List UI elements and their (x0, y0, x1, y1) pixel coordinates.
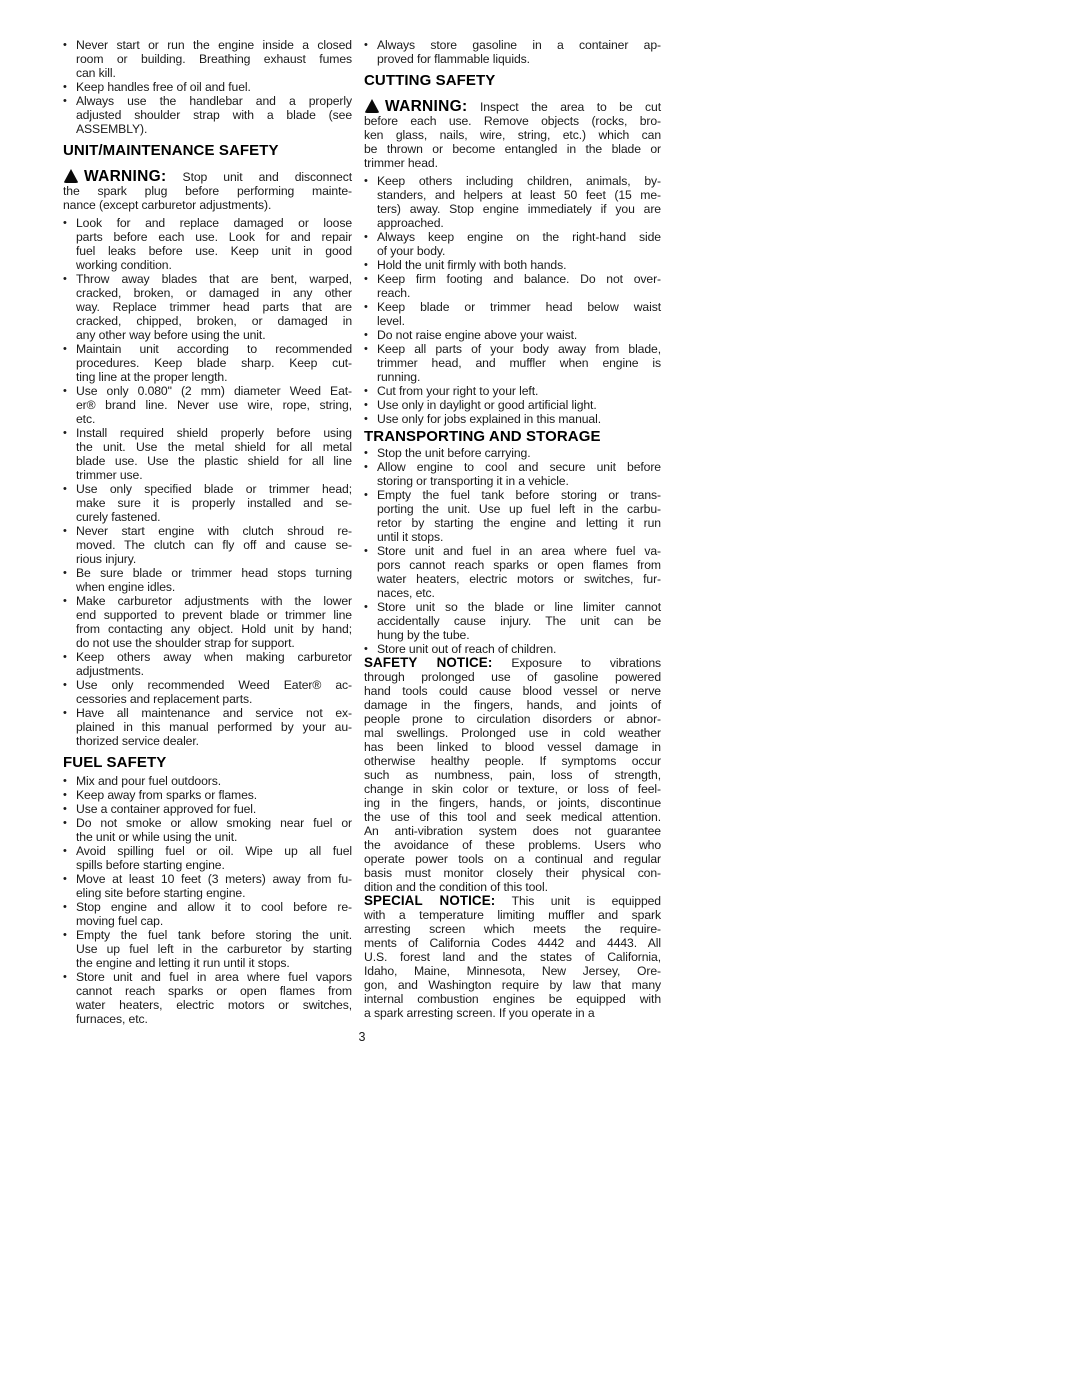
bullet-text: Empty the fuel tank before storing the u… (76, 928, 352, 970)
bullet-marker-icon: • (63, 650, 76, 678)
bullet-marker-icon: • (364, 342, 377, 384)
text-line: change in skin color or texture, or loss… (364, 782, 661, 796)
text-line: Stop the unit before carrying. (377, 446, 661, 460)
bullet-text: Keep all parts of your body away from bl… (377, 342, 661, 384)
text-line: be thrown or become entangled in the bla… (364, 142, 661, 156)
bullet-item: •Never start engine with clutch shroud r… (63, 524, 352, 566)
text-line: level. (377, 314, 661, 328)
section-heading: CUTTING SAFETY (364, 72, 661, 89)
text-line: Keep handles free of oil and fuel. (76, 80, 352, 94)
text-line: curely fastened. (76, 510, 352, 524)
section-heading: UNIT/MAINTENANCE SAFETY (63, 142, 352, 159)
bullet-item: •Empty the fuel tank before storing or t… (364, 488, 661, 544)
bullet-marker-icon: • (63, 524, 76, 566)
text-line: Cut from your right to your left. (377, 384, 661, 398)
text-line: retor by starting the engine and letting… (377, 516, 661, 530)
text-line: Use only 0.080" (2 mm) diameter Weed Eat… (76, 384, 352, 398)
text-line: hand tools could cause blood vessel or n… (364, 684, 661, 698)
text-line: Use up fuel left in the carburetor by st… (76, 942, 352, 956)
text-line: Never start or run the engine inside a c… (76, 38, 352, 52)
bullet-marker-icon: • (63, 384, 76, 426)
bold-run: WARNING: (84, 168, 166, 185)
text-line: Look for and replace damaged or loose (76, 216, 352, 230)
right-column: •Always store gasoline in a container ap… (364, 38, 661, 1026)
bullet-item: •Make carburetor adjustments with the lo… (63, 594, 352, 650)
bullet-marker-icon: • (63, 928, 76, 970)
text-line: eling site before starting engine. (76, 886, 352, 900)
text-line: the spark plug before performing mainte- (63, 184, 352, 198)
text-line: Do not smoke or allow smoking near fuel … (76, 816, 352, 830)
text-line: Keep away from sparks or flames. (76, 788, 352, 802)
warning-icon (364, 99, 380, 113)
text-line: trimmer use. (76, 468, 352, 482)
bullet-marker-icon: • (364, 446, 377, 460)
bullet-text: Hold the unit firmly with both hands. (377, 258, 661, 272)
text-line: end supported to prevent blade or trimme… (76, 608, 352, 622)
text-line: er® brand line. Never use wire, rope, st… (76, 398, 352, 412)
bullet-item: •Do not raise engine above your waist. (364, 328, 661, 342)
bullet-text: Be sure blade or trimmer head stops turn… (76, 566, 352, 594)
bullet-item: •Use only recommended Weed Eater® ac-ces… (63, 678, 352, 706)
bullet-text: Use only 0.080" (2 mm) diameter Weed Eat… (76, 384, 352, 426)
bullet-text: Keep others away when making carburetora… (76, 650, 352, 678)
text-line: adjustments. (76, 664, 352, 678)
bullet-marker-icon: • (63, 802, 76, 816)
left-column: •Never start or run the engine inside a … (63, 38, 352, 1026)
bullet-marker-icon: • (63, 38, 76, 80)
bullet-text: Stop the unit before carrying. (377, 446, 661, 460)
text-line: pors cannot reach sparks or open flames … (377, 558, 661, 572)
bullet-marker-icon: • (364, 460, 377, 488)
bullet-item: •Use a container approved for fuel. (63, 802, 352, 816)
bullet-marker-icon: • (63, 970, 76, 1026)
bullet-item: •Store unit so the blade or line limiter… (364, 600, 661, 642)
text-line: fuel leaks before use. Keep unit in good (76, 244, 352, 258)
text-line: cracked, broken, or damaged in any other (76, 286, 352, 300)
bullet-item: •Keep all parts of your body away from b… (364, 342, 661, 384)
text-line: Empty the fuel tank before storing or tr… (377, 488, 661, 502)
bullet-text: Keep handles free of oil and fuel. (76, 80, 352, 94)
bullet-marker-icon: • (364, 300, 377, 328)
bullet-marker-icon: • (364, 600, 377, 642)
text-line: rious injury. (76, 552, 352, 566)
bullet-item: •Do not smoke or allow smoking near fuel… (63, 816, 352, 844)
text-line: ASSEMBLY). (76, 122, 352, 136)
text-line: WARNING: Stop unit and disconnect (63, 167, 352, 184)
text-line: Maintain unit according to recommended (76, 342, 352, 356)
text-line: Use only specified blade or trimmer head… (76, 482, 352, 496)
text-line: trimmer head. (364, 156, 661, 170)
bullet-marker-icon: • (364, 398, 377, 412)
page-number: 3 (63, 1030, 661, 1044)
bullet-item: •Use only in daylight or good artificial… (364, 398, 661, 412)
bullet-marker-icon: • (63, 342, 76, 384)
text-line: Use only in daylight or good artificial … (377, 398, 661, 412)
text-line: trimmer head, and muffler when engine is (377, 356, 661, 370)
text-line: such as numbness, pain, loss of strength… (364, 768, 661, 782)
text-line: procedures. Keep blade sharp. Keep cut- (76, 356, 352, 370)
bullet-text: Throw away blades that are bent, warped,… (76, 272, 352, 342)
text-line: Store unit and fuel in an area where fue… (377, 544, 661, 558)
text-line: blade use. Use the plastic shield for al… (76, 454, 352, 468)
bullet-marker-icon: • (63, 80, 76, 94)
bullet-item: •Cut from your right to your left. (364, 384, 661, 398)
text-line: reach. (377, 286, 661, 300)
bullet-marker-icon: • (63, 482, 76, 524)
text-line: Keep firm footing and balance. Do not ov… (377, 272, 661, 286)
bullet-marker-icon: • (63, 774, 76, 788)
bullet-text: Maintain unit according to recommendedpr… (76, 342, 352, 384)
text-line: with a temperature limiting muffler and … (364, 908, 661, 922)
text-line: Avoid spilling fuel or oil. Wipe up all … (76, 844, 352, 858)
bullet-text: Mix and pour fuel outdoors. (76, 774, 352, 788)
text-line: porting the unit. Use up fuel left in th… (377, 502, 661, 516)
text-line: Allow engine to cool and secure unit bef… (377, 460, 661, 474)
bullet-item: •Store unit out of reach of children. (364, 642, 661, 656)
bullet-item: •Keep blade or trimmer head below waistl… (364, 300, 661, 328)
text-line: damage in the fingers, hands, and joints… (364, 698, 661, 712)
bullet-item: •Empty the fuel tank before storing the … (63, 928, 352, 970)
bullet-text: Do not raise engine above your waist. (377, 328, 661, 342)
text-line: Store unit so the blade or line limiter … (377, 600, 661, 614)
text-line: a spark arresting screen. If you operate… (364, 1006, 661, 1020)
text-line: ting line at the proper length. (76, 370, 352, 384)
bullet-text: Keep away from sparks or flames. (76, 788, 352, 802)
text-line: nance (except carburetor adjustments). (63, 198, 352, 212)
text-line: through prolonged use of gasoline powere… (364, 670, 661, 684)
text-line: Always keep engine on the right-hand sid… (377, 230, 661, 244)
text-line: Keep others including children, animals,… (377, 174, 661, 188)
text-line: Throw away blades that are bent, warped, (76, 272, 352, 286)
two-column-layout: •Never start or run the engine inside a … (63, 38, 661, 1026)
bullet-item: •Keep handles free of oil and fuel. (63, 80, 352, 94)
warning-paragraph: WARNING: Stop unit and disconnectthe spa… (63, 167, 352, 212)
bullet-item: •Throw away blades that are bent, warped… (63, 272, 352, 342)
bullet-text: Stop engine and allow it to cool before … (76, 900, 352, 928)
text-line: the unit. Use the metal shield for all m… (76, 440, 352, 454)
text-line: Store unit and fuel in area where fuel v… (76, 970, 352, 984)
bullet-text: Empty the fuel tank before storing or tr… (377, 488, 661, 544)
notice-paragraph: SAFETY NOTICE: Exposure to vibrationsthr… (364, 656, 661, 894)
bullet-marker-icon: • (364, 258, 377, 272)
text-line: proved for flammable liquids. (377, 52, 661, 66)
text-line: water heaters, electric motors or switch… (76, 998, 352, 1012)
bold-run: WARNING: (385, 98, 467, 115)
text-line: Never start engine with clutch shroud re… (76, 524, 352, 538)
text-line: the engine and letting it run until it s… (76, 956, 352, 970)
text-line: can kill. (76, 66, 352, 80)
bullet-marker-icon: • (63, 788, 76, 802)
bullet-text: Never start engine with clutch shroud re… (76, 524, 352, 566)
bullet-marker-icon: • (364, 38, 377, 66)
bullet-item: •Always keep engine on the right-hand si… (364, 230, 661, 258)
bullet-marker-icon: • (364, 328, 377, 342)
text-line: cessories and replacement parts. (76, 692, 352, 706)
bullet-text: Always store gasoline in a container ap-… (377, 38, 661, 66)
text-line: any other way before using the unit. (76, 328, 352, 342)
bullet-text: Do not smoke or allow smoking near fuel … (76, 816, 352, 844)
bullet-text: Never start or run the engine inside a c… (76, 38, 352, 80)
bold-run: SAFETY NOTICE: (364, 655, 492, 670)
text-run: This unit is equipped (495, 894, 661, 908)
bullet-marker-icon: • (63, 94, 76, 136)
text-line: standers, and helpers at least 50 feet (… (377, 188, 661, 202)
text-line: mal swellings. Prolonged use in cold wea… (364, 726, 661, 740)
bullet-item: •Always use the handlebar and a properly… (63, 94, 352, 136)
text-line: Move at least 10 feet (3 meters) away fr… (76, 872, 352, 886)
text-line: spills before starting engine. (76, 858, 352, 872)
text-line: Keep all parts of your body away from bl… (377, 342, 661, 356)
bullet-item: •Store unit and fuel in area where fuel … (63, 970, 352, 1026)
bullet-marker-icon: • (63, 678, 76, 706)
bullet-text: Store unit and fuel in area where fuel v… (76, 970, 352, 1026)
text-line: accidentally cause injury. The unit can … (377, 614, 661, 628)
warning-paragraph: WARNING: Inspect the area to be cutbefor… (364, 97, 661, 170)
text-line: moved. The clutch can fly off and cause … (76, 538, 352, 552)
text-line: Have all maintenance and service not ex- (76, 706, 352, 720)
text-line: naces, etc. (377, 586, 661, 600)
text-line: Be sure blade or trimmer head stops turn… (76, 566, 352, 580)
text-line: Use only recommended Weed Eater® ac- (76, 678, 352, 692)
text-line: plained in this manual performed by your… (76, 720, 352, 734)
bullet-marker-icon: • (63, 844, 76, 872)
text-line: running. (377, 370, 661, 384)
text-line: Do not raise engine above your waist. (377, 328, 661, 342)
bullet-text: Use only in daylight or good artificial … (377, 398, 661, 412)
bullet-text: Have all maintenance and service not ex-… (76, 706, 352, 748)
text-line: cracked, chipped, broken, or damaged in (76, 314, 352, 328)
bullet-item: •Keep others away when making carburetor… (63, 650, 352, 678)
text-line: Empty the fuel tank before storing the u… (76, 928, 352, 942)
text-line: way. Replace trimmer head parts that are (76, 300, 352, 314)
notice-paragraph: SPECIAL NOTICE: This unit is equippedwit… (364, 894, 661, 1020)
text-line: Keep blade or trimmer head below waist (377, 300, 661, 314)
text-line: Always store gasoline in a container ap- (377, 38, 661, 52)
text-line: otherwise healthy people. If symptoms oc… (364, 754, 661, 768)
text-line: SAFETY NOTICE: Exposure to vibrations (364, 656, 661, 670)
bullet-text: Use a container approved for fuel. (76, 802, 352, 816)
bullet-item: •Have all maintenance and service not ex… (63, 706, 352, 748)
text-line: approached. (377, 216, 661, 230)
warning-icon (63, 169, 79, 183)
bullet-text: Use only for jobs explained in this manu… (377, 412, 661, 426)
bullet-marker-icon: • (63, 872, 76, 900)
bullet-text: Keep blade or trimmer head below waistle… (377, 300, 661, 328)
text-line: ken glass, nails, wire, string, etc.) wh… (364, 128, 661, 142)
bullet-item: •Allow engine to cool and secure unit be… (364, 460, 661, 488)
bullet-item: •Maintain unit according to recommendedp… (63, 342, 352, 384)
bullet-item: •Hold the unit firmly with both hands. (364, 258, 661, 272)
text-line: ters) away. Stop engine immediately if y… (377, 202, 661, 216)
text-line: make sure it is properly installed and s… (76, 496, 352, 510)
bullet-marker-icon: • (63, 272, 76, 342)
bullet-item: •Be sure blade or trimmer head stops tur… (63, 566, 352, 594)
bullet-item: •Move at least 10 feet (3 meters) away f… (63, 872, 352, 900)
section-heading: TRANSPORTING AND STORAGE (364, 428, 661, 445)
text-line: dition and the condition of this tool. (364, 880, 661, 894)
bullet-marker-icon: • (364, 384, 377, 398)
text-line: Store unit out of reach of children. (377, 642, 661, 656)
text-line: Use only for jobs explained in this manu… (377, 412, 661, 426)
text-line: room or building. Breathing exhaust fume… (76, 52, 352, 66)
bullet-text: Use only recommended Weed Eater® ac-cess… (76, 678, 352, 706)
bullet-marker-icon: • (364, 174, 377, 230)
bullet-item: •Never start or run the engine inside a … (63, 38, 352, 80)
text-line: hung by the tube. (377, 628, 661, 642)
text-line: thorized service dealer. (76, 734, 352, 748)
bullet-item: •Stop the unit before carrying. (364, 446, 661, 460)
text-line: Use a container approved for fuel. (76, 802, 352, 816)
bullet-text: Move at least 10 feet (3 meters) away fr… (76, 872, 352, 900)
bullet-item: •Keep away from sparks or flames. (63, 788, 352, 802)
text-line: Idaho, Maine, Minnesota, New Jersey, Ore… (364, 964, 661, 978)
bullet-text: Store unit and fuel in an area where fue… (377, 544, 661, 600)
page-content: •Never start or run the engine inside a … (63, 38, 661, 1026)
bullet-item: •Avoid spilling fuel or oil. Wipe up all… (63, 844, 352, 872)
text-line: has been linked to blood vessel damage i… (364, 740, 661, 754)
bullet-item: •Use only specified blade or trimmer hea… (63, 482, 352, 524)
text-line: Stop engine and allow it to cool before … (76, 900, 352, 914)
bullet-marker-icon: • (364, 412, 377, 426)
text-line: ing in the fingers, hands, or joints, di… (364, 796, 661, 810)
bullet-marker-icon: • (63, 594, 76, 650)
text-run: Stop unit and disconnect (166, 170, 352, 184)
bullet-text: Avoid spilling fuel or oil. Wipe up all … (76, 844, 352, 872)
bullet-text: Install required shield properly before … (76, 426, 352, 482)
text-line: parts before each use. Look for and repa… (76, 230, 352, 244)
bullet-text: Keep firm footing and balance. Do not ov… (377, 272, 661, 300)
text-line: furnaces, etc. (76, 1012, 352, 1026)
bullet-marker-icon: • (63, 216, 76, 272)
text-line: Install required shield properly before … (76, 426, 352, 440)
bullet-marker-icon: • (364, 272, 377, 300)
bullet-marker-icon: • (364, 544, 377, 600)
bullet-item: •Stop engine and allow it to cool before… (63, 900, 352, 928)
bullet-item: •Look for and replace damaged or loosepa… (63, 216, 352, 272)
text-line: do not use the shoulder strap for suppor… (76, 636, 352, 650)
text-line: moving fuel cap. (76, 914, 352, 928)
bullet-item: •Mix and pour fuel outdoors. (63, 774, 352, 788)
text-line: from contacting any object. Hold unit by… (76, 622, 352, 636)
text-line: working condition. (76, 258, 352, 272)
bullet-marker-icon: • (63, 816, 76, 844)
text-line: until it stops. (377, 530, 661, 544)
section-heading: FUEL SAFETY (63, 754, 352, 771)
text-line: Hold the unit firmly with both hands. (377, 258, 661, 272)
bullet-item: •Keep firm footing and balance. Do not o… (364, 272, 661, 300)
text-line: internal combustion engines be equipped … (364, 992, 661, 1006)
manual-page: { "page": { "number": "3", "bullet_char"… (0, 0, 1080, 1397)
text-line: water heaters, electric motors or switch… (377, 572, 661, 586)
text-line: SPECIAL NOTICE: This unit is equipped (364, 894, 661, 908)
text-line: adjusted shoulder strap with a blade (se… (76, 108, 352, 122)
bullet-item: •Keep others including children, animals… (364, 174, 661, 230)
text-line: Mix and pour fuel outdoors. (76, 774, 352, 788)
bullet-text: Use only specified blade or trimmer head… (76, 482, 352, 524)
bullet-text: Always keep engine on the right-hand sid… (377, 230, 661, 258)
text-line: people prone to circulation disorders or… (364, 712, 661, 726)
text-line: Always use the handlebar and a properly (76, 94, 352, 108)
bullet-text: Look for and replace damaged or loosepar… (76, 216, 352, 272)
text-line: An anti-vibration system does not guaran… (364, 824, 661, 838)
bullet-text: Make carburetor adjustments with the low… (76, 594, 352, 650)
bullet-text: Store unit out of reach of children. (377, 642, 661, 656)
text-line: cannot reach sparks or open flames from (76, 984, 352, 998)
text-line: Keep others away when making carburetor (76, 650, 352, 664)
text-line: the use of this tool and seek medical at… (364, 810, 661, 824)
bullet-text: Cut from your right to your left. (377, 384, 661, 398)
bold-run: SPECIAL NOTICE: (364, 893, 495, 908)
text-line: WARNING: Inspect the area to be cut (364, 97, 661, 114)
text-line: gon, and Washington require by law that … (364, 978, 661, 992)
bullet-text: Store unit so the blade or line limiter … (377, 600, 661, 642)
bullet-item: •Store unit and fuel in an area where fu… (364, 544, 661, 600)
bullet-marker-icon: • (364, 488, 377, 544)
text-line: the avoidance of these problems. Users w… (364, 838, 661, 852)
text-line: ments of California Codes 4442 and 4443.… (364, 936, 661, 950)
bullet-item: •Always store gasoline in a container ap… (364, 38, 661, 66)
bullet-text: Always use the handlebar and a properlya… (76, 94, 352, 136)
text-line: when engine idles. (76, 580, 352, 594)
bullet-marker-icon: • (63, 706, 76, 748)
text-line: of your body. (377, 244, 661, 258)
bullet-item: •Install required shield properly before… (63, 426, 352, 482)
bullet-text: Keep others including children, animals,… (377, 174, 661, 230)
bullet-marker-icon: • (364, 230, 377, 258)
text-line: storing or transporting it in a vehicle. (377, 474, 661, 488)
text-run: Inspect the area to be cut (467, 100, 661, 114)
text-line: operate power tools on a continual and r… (364, 852, 661, 866)
text-line: U.S. forest land and the states of Calif… (364, 950, 661, 964)
bullet-item: •Use only for jobs explained in this man… (364, 412, 661, 426)
text-line: arresting screen which meets the require… (364, 922, 661, 936)
text-line: etc. (76, 412, 352, 426)
text-run: Exposure to vibrations (492, 656, 661, 670)
bullet-item: •Use only 0.080" (2 mm) diameter Weed Ea… (63, 384, 352, 426)
bullet-text: Allow engine to cool and secure unit bef… (377, 460, 661, 488)
text-line: before each use. Remove objects (rocks, … (364, 114, 661, 128)
text-line: the unit or while using the unit. (76, 830, 352, 844)
text-line: Make carburetor adjustments with the low… (76, 594, 352, 608)
text-line: basis must monitor closely their physica… (364, 866, 661, 880)
bullet-marker-icon: • (63, 566, 76, 594)
bullet-marker-icon: • (63, 900, 76, 928)
bullet-marker-icon: • (63, 426, 76, 482)
bullet-marker-icon: • (364, 642, 377, 656)
